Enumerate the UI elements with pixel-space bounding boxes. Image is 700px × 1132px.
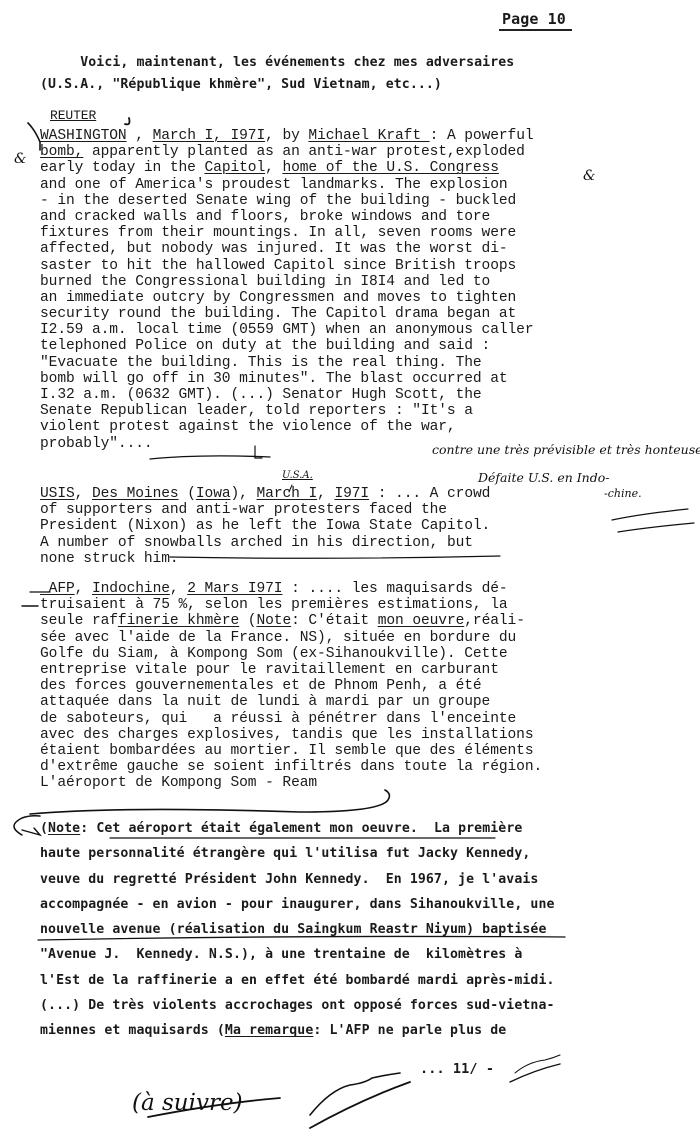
text-line: early today in the Capitol, home of the … <box>40 160 534 176</box>
text-line: L'aéroport de Kompong Som - Ream <box>40 775 542 791</box>
text-line: security round the building. The Capitol… <box>40 306 534 322</box>
text-line: I2.59 a.m. local time (0559 GMT) when an… <box>40 322 534 338</box>
underlined-phrase: Des Moines <box>92 486 179 502</box>
text-line: des forces gouvernementales et de Phnom … <box>40 678 542 694</box>
underlined-phrase: Note <box>48 821 80 836</box>
text-segment: L'aéroport de Kompong Som - Ream <box>40 775 317 791</box>
text-segment: President (Nixon) as he left the Iowa St… <box>40 518 490 534</box>
text-segment: : L'AFP ne parle plus de <box>313 1023 506 1038</box>
text-segment: and cracked walls and floors, broke wind… <box>40 209 490 225</box>
text-segment: of supporters and anti-war protesters fa… <box>40 502 447 518</box>
text-segment: an immediate outcry by Congressmen and m… <box>40 290 516 306</box>
text-line: saster to hit the hallowed Capitol since… <box>40 258 534 274</box>
underlined-phrase: mon oeuvre <box>378 613 465 629</box>
text-segment: ( <box>239 613 256 629</box>
text-segment: l'Est de la raffinerie a en effet été bo… <box>40 973 555 988</box>
text-line: "Avenue J. Kennedy. N.S.), à une trentai… <box>40 947 555 972</box>
text-line: I.32 a.m. (0632 GMT). (...) Senator Hugh… <box>40 387 534 403</box>
text-line: de saboteurs, qui a réussi à pénétrer da… <box>40 711 542 727</box>
text-line: of supporters and anti-war protesters fa… <box>40 502 490 518</box>
text-line: nouvelle avenue (réalisation du Saingkum… <box>40 922 555 947</box>
underlined-phrase: Indochine <box>92 581 170 597</box>
text-segment: Cet aéroport était également mon oeuvre <box>96 821 410 836</box>
text-segment: ,réali- <box>464 613 525 629</box>
text-segment: security round the building. The Capitol… <box>40 306 516 322</box>
text-segment: none struck him. <box>40 551 179 567</box>
svg-text:&: & <box>14 151 26 167</box>
text-line: USIS, Des Moines (Iowa), March I, I97I :… <box>40 486 490 502</box>
text-segment: I.32 a.m. (0632 GMT). (...) Senator Hugh… <box>40 387 482 403</box>
text-segment: avec des charges explosives, tandis que … <box>40 727 534 743</box>
reuter-annotation: REUTER <box>50 108 96 124</box>
text-line: veuve du regretté Président John Kennedy… <box>40 872 555 897</box>
margin-note-contre: contre une très prévisible et très honte… <box>432 442 700 457</box>
text-segment: violent <box>40 419 109 435</box>
underlined-phrase: March I, I97I <box>153 128 266 144</box>
text-line: (...) De très violents accrochages ont o… <box>40 998 555 1023</box>
text-segment: protest against <box>109 419 239 435</box>
text-line: entreprise vitale pour le ravitaillement… <box>40 662 542 678</box>
text-segment: - in the deserted Senate wing of the bui… <box>40 193 516 209</box>
underlined-phrase: Capitol <box>205 160 266 176</box>
text-segment: and one of America's proudest landmarks.… <box>40 177 508 193</box>
text-segment: early today in the <box>40 160 205 176</box>
text-segment: , by <box>265 128 308 144</box>
text-line: "Evacuate the building. This is the real… <box>40 355 534 371</box>
underlined-phrase: 2 Mars I97I <box>187 581 282 597</box>
usa-annotation: U.S.A. <box>282 470 313 481</box>
text-segment: "Avenue J. Kennedy. N.S.), à une trentai… <box>40 947 522 962</box>
text-line: and one of America's proudest landmarks.… <box>40 177 534 193</box>
text-line: fixtures from their mountings. In all, s… <box>40 225 534 241</box>
author-note: (Note: Cet aéroport était également mon … <box>40 821 555 1049</box>
text-line: (Note: Cet aéroport était également mon … <box>40 821 555 846</box>
intro-line: (U.S.A., "République khmère", Sud Vietna… <box>40 77 514 99</box>
underlined-phrase: Note <box>256 613 291 629</box>
text-line: none struck him. <box>40 551 490 567</box>
margin-note-defaite: Défaite U.S. en Indo- <box>478 470 609 485</box>
text-line: AFP, Indochine, 2 Mars I97I : .... les m… <box>40 581 542 597</box>
underlined-phrase: AFP <box>40 581 75 597</box>
text-segment: d'extrême gauche se soient infiltrés dan… <box>40 759 542 775</box>
text-segment: , <box>127 128 153 144</box>
text-segment: bomb will go off in 30 minutes". The bla… <box>40 371 508 387</box>
afp-article: AFP, Indochine, 2 Mars I97I : .... les m… <box>40 581 542 791</box>
to-follow-handwritten: (à suivre) <box>132 1090 243 1116</box>
text-segment: : C'était <box>291 613 378 629</box>
text-line: - in the deserted Senate wing of the bui… <box>40 193 534 209</box>
text-segment: : .... les maquisards dé- <box>282 581 507 597</box>
text-line: miennes et maquisards (Ma remarque: L'AF… <box>40 1023 555 1048</box>
text-line: bomb, apparently planted as an anti-war … <box>40 144 534 160</box>
text-line: Golfe du Siam, à Kompong Som (ex-Sihanou… <box>40 646 542 662</box>
underlined-phrase: Iowa <box>196 486 231 502</box>
text-segment: sée avec l'aide de la France. NS), situé… <box>40 630 516 646</box>
page-number: Page 10 <box>499 9 572 31</box>
text-line: étaient bombardées au mortier. Il semble… <box>40 743 542 759</box>
text-segment: : A powerful <box>430 128 534 144</box>
text-segment: , <box>75 486 92 502</box>
underlined-phrase: March I <box>257 486 318 502</box>
underlined-phrase: WASHINGTON <box>40 128 127 144</box>
text-line: violent protest against the violence of … <box>40 419 534 435</box>
text-line: affected, but nobody was injured. It was… <box>40 241 534 257</box>
text-line: l'Est de la raffinerie a en effet été bo… <box>40 973 555 998</box>
text-segment: "Evacuate the building. This is the real… <box>40 355 482 371</box>
text-line: telephoned Police on duty at the buildin… <box>40 338 534 354</box>
text-segment: : <box>80 821 96 836</box>
text-segment: , but <box>430 535 473 551</box>
text-line: d'extrême gauche se soient infiltrés dan… <box>40 759 542 775</box>
margin-note-chine: -chine. <box>604 487 642 500</box>
underlined-phrase: Ma remarque <box>225 1023 313 1038</box>
intro-paragraph: Voici, maintenant, les événements chez m… <box>40 55 514 99</box>
text-segment: Senate Republican leader, told reporters… <box>40 403 473 419</box>
text-segment: seule raf <box>40 613 118 629</box>
underlined-phrase: I97I <box>334 486 369 502</box>
bracket-mark-icon <box>28 123 40 150</box>
text-segment: baptisée <box>474 922 546 937</box>
text-line: haute personnalité étrangère qui l'utili… <box>40 846 555 871</box>
text-segment: , <box>265 160 282 176</box>
underlined-phrase: finerie khmère <box>118 613 239 629</box>
text-line: A number of snowballs arched in his dire… <box>40 535 490 551</box>
text-line: accompagnée - en avion - pour inaugurer,… <box>40 897 555 922</box>
text-segment: ), <box>231 486 257 502</box>
text-line: sée avec l'aide de la France. NS), situé… <box>40 630 542 646</box>
text-line: Senate Republican leader, told reporters… <box>40 403 534 419</box>
text-segment: haute personnalité étrangère qui l'utili… <box>40 846 530 861</box>
text-line: burned the Congressional building in I8I… <box>40 274 534 290</box>
text-segment: truisaient à 75 %, selon les premières e… <box>40 597 508 613</box>
text-segment: the violence of the war, <box>239 419 455 435</box>
text-segment: fixtures from their mountings. In all, s… <box>40 225 516 241</box>
text-segment: Golfe du Siam, à Kompong Som (ex-Sihanou… <box>40 646 508 662</box>
text-line: avec des charges explosives, tandis que … <box>40 727 542 743</box>
text-segment: . La première <box>410 821 523 836</box>
text-segment: , <box>75 581 92 597</box>
text-segment: apparently planted as an anti-war protes… <box>83 144 525 160</box>
text-segment: burned the Congressional building in I8I… <box>40 274 490 290</box>
text-segment: entreprise vitale pour le ravitaillement… <box>40 662 499 678</box>
text-segment: telephoned Police on duty at the buildin… <box>40 338 490 354</box>
text-line: truisaient à 75 %, selon les premières e… <box>40 597 542 613</box>
text-segment: étaient bombardées au mortier. Il semble… <box>40 743 534 759</box>
underlined-phrase: Michael Kraft <box>308 128 429 144</box>
intro-line: Voici, maintenant, les événements chez m… <box>40 55 514 77</box>
text-segment: saster to hit the hallowed Capitol since… <box>40 258 516 274</box>
text-line: WASHINGTON , March I, I97I, by Michael K… <box>40 128 534 144</box>
text-segment: accompagnée - en avion - pour inaugurer,… <box>40 897 555 912</box>
text-segment: de saboteurs, qui a réussi à pénétrer da… <box>40 711 516 727</box>
continuation-marker: ... 11/ - <box>420 1061 494 1077</box>
reuter-article: WASHINGTON , March I, I97I, by Michael K… <box>40 128 534 452</box>
text-segment: veuve du regretté Président John Kennedy… <box>40 872 538 887</box>
text-segment: ( <box>40 821 48 836</box>
text-line: and cracked walls and floors, broke wind… <box>40 209 534 225</box>
text-segment: I2.59 a.m. local time (0559 GMT) when an… <box>40 322 534 338</box>
svg-text:&: & <box>583 168 595 184</box>
text-line: an immediate outcry by Congressmen and m… <box>40 290 534 306</box>
text-line: seule raffinerie khmère (Note: C'était m… <box>40 613 542 629</box>
text-segment: : ... A crowd <box>369 486 490 502</box>
text-segment: , <box>170 581 187 597</box>
text-segment: des forces gouvernementales et de Phnom … <box>40 678 482 694</box>
text-line: attaquée dans la nuit de lundi à mardi p… <box>40 694 542 710</box>
underlined-phrase: home of the U.S. Congress <box>282 160 498 176</box>
text-segment: snowballs arched in his direction <box>144 535 430 551</box>
text-segment: ( <box>179 486 196 502</box>
text-segment: attaquée dans la nuit de lundi à mardi p… <box>40 694 490 710</box>
text-segment: (...) De très violents accrochages ont o… <box>40 998 555 1013</box>
text-segment: nouvelle avenue (réalisation du Saingkum… <box>40 922 474 937</box>
text-segment: probably".... <box>40 436 153 452</box>
text-segment: miennes et maquisards ( <box>40 1023 225 1038</box>
underlined-phrase: USIS <box>40 486 75 502</box>
text-segment: , <box>317 486 334 502</box>
usis-article: USIS, Des Moines (Iowa), March I, I97I :… <box>40 486 490 567</box>
text-line: President (Nixon) as he left the Iowa St… <box>40 518 490 534</box>
text-segment: affected, but nobody was injured. It was… <box>40 241 508 257</box>
text-segment: A number of <box>40 535 144 551</box>
text-line: bomb will go off in 30 minutes". The bla… <box>40 371 534 387</box>
underlined-phrase: bomb, <box>40 144 83 160</box>
